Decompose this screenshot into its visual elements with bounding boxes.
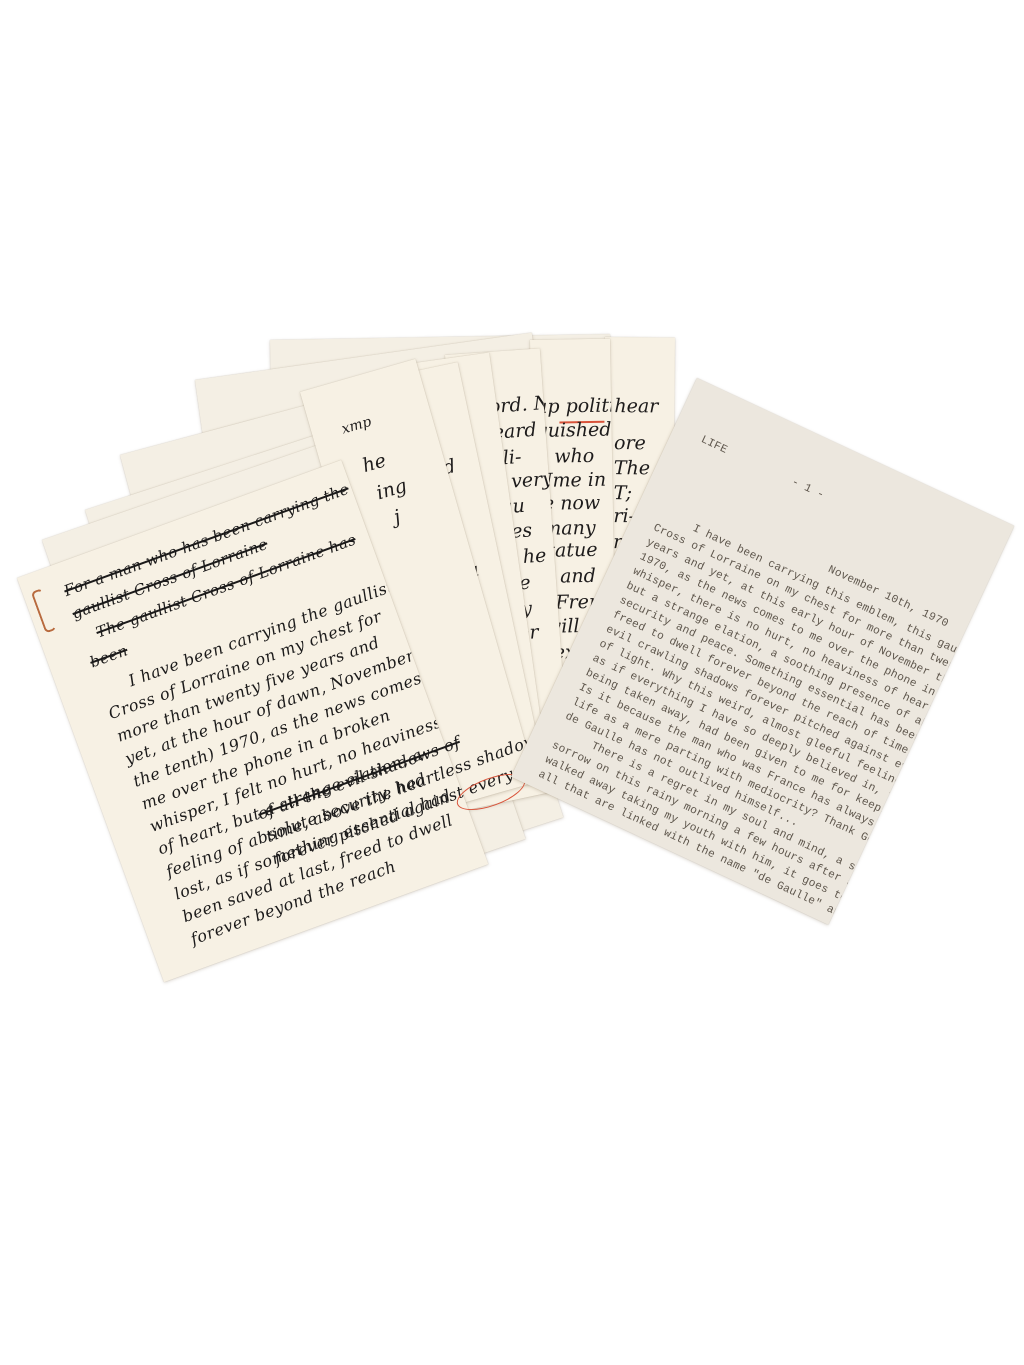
strip6-w1: ore [614,432,646,454]
strip6-w3: T; [614,482,633,504]
strip6-w0: hear [614,395,658,417]
struck-line-4: been [87,641,130,671]
strip1-w3: j [391,506,403,529]
typed-header-left: LIFE [699,434,729,457]
typed-page-number: - 1 - [789,476,825,501]
strip5-w1: guished [535,419,611,442]
manuscript-photo: hear ore The T; ri- ments ing, found Tru… [0,0,1024,1365]
strip5-w0: up politi- [535,394,618,418]
paperclip [31,588,57,633]
strip1-w2: ing [374,475,409,505]
strip1-w1: he [360,449,389,477]
strip6-w2: The [614,457,650,479]
strip1-w0: xmp [340,414,373,438]
